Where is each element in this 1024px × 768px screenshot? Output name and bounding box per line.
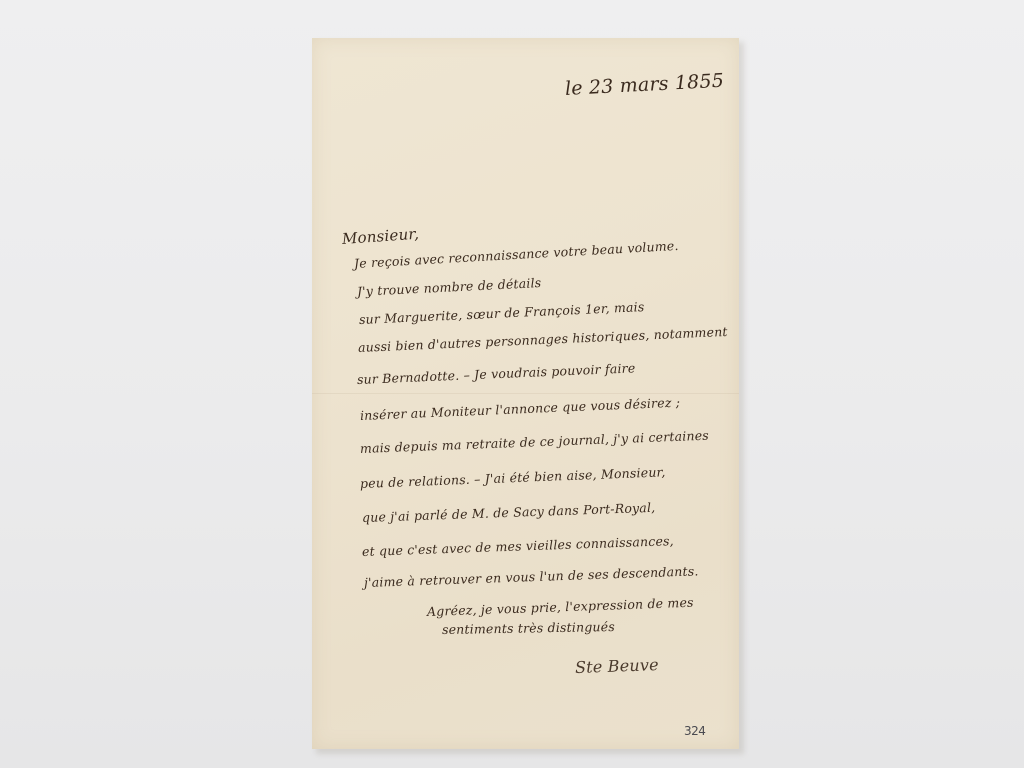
inventory-number: 324: [684, 724, 705, 738]
body-line: peu de relations. – J'ai été bien aise, …: [360, 464, 666, 491]
body-line: j'aime à retrouver en vous l'un de ses d…: [364, 563, 699, 590]
letter-salutation: Monsieur,: [341, 225, 419, 248]
signature: Ste Beuve: [575, 655, 659, 677]
body-line: que j'ai parlé de M. de Sacy dans Port-R…: [362, 500, 656, 525]
closing-line: Agréez, je vous prie, l'expression de me…: [427, 595, 694, 619]
body-line: aussi bien d'autres personnages historiq…: [358, 324, 728, 355]
body-line: mais depuis ma retraite de ce journal, j…: [360, 428, 709, 456]
body-line: et que c'est avec de mes vieilles connai…: [362, 533, 674, 559]
body-line: sur Bernadotte. – Je voudrais pouvoir fa…: [357, 360, 636, 387]
letter-sheet: le 23 mars 1855 Monsieur, Je reçois avec…: [312, 38, 739, 749]
closing-line: sentiments très distingués: [442, 619, 615, 637]
body-line: insérer au Moniteur l'annonce que vous d…: [360, 395, 681, 423]
body-line: J'y trouve nombre de détails: [357, 275, 542, 299]
body-line: sur Marguerite, sœur de François 1er, ma…: [359, 299, 645, 327]
letter-date: le 23 mars 1855: [564, 70, 724, 100]
